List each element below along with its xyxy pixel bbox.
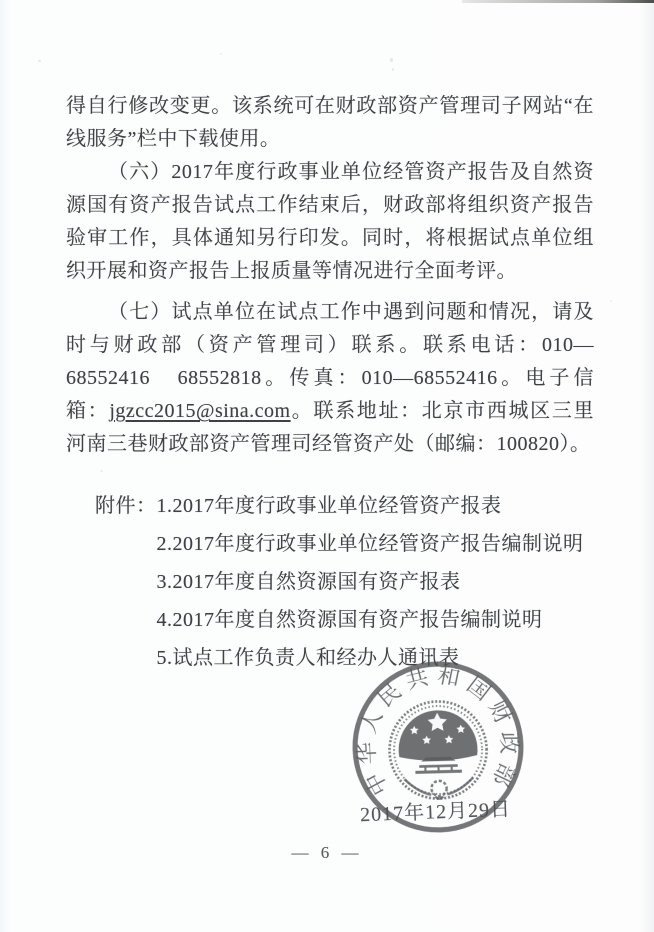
attachments-items: 1.2017年度行政事业单位经管资产报表 2.2017年度行政事业单位经管资产报… bbox=[157, 487, 584, 677]
scan-speck bbox=[38, 60, 41, 62]
paragraph-item-six: （六）2017年度行政事业单位经管资产报告及自然资源国有资产报告试点工作结束后，… bbox=[66, 156, 594, 288]
contact-email: jgzcc2015@sina.com bbox=[109, 400, 290, 422]
attachment-item: 1.2017年度行政事业单位经管资产报表 bbox=[157, 487, 584, 525]
attachments-label: 附件： bbox=[95, 487, 157, 525]
paragraph-continuation: 得自行修改变更。该系统可在财政部资产管理司子网站“在线服务”栏中下载使用。 bbox=[66, 90, 594, 156]
scan-speck bbox=[220, 53, 222, 55]
page-number: — 6 — bbox=[0, 843, 654, 863]
attachments-list: 附件： 1.2017年度行政事业单位经管资产报表 2.2017年度行政事业单位经… bbox=[95, 487, 594, 677]
scanned-document-page: 得自行修改变更。该系统可在财政部资产管理司子网站“在线服务”栏中下载使用。 （六… bbox=[0, 0, 654, 932]
document-body: 得自行修改变更。该系统可在财政部资产管理司子网站“在线服务”栏中下载使用。 （六… bbox=[66, 90, 594, 677]
attachment-item: 3.2017年度自然资源国有资产报表 bbox=[157, 563, 584, 601]
scan-speck bbox=[610, 300, 612, 302]
paragraph-item-seven-contact: （七）试点单位在试点工作中遇到问题和情况，请及时与财政部（资产管理司）联系。联系… bbox=[66, 296, 594, 461]
scan-speck bbox=[392, 68, 394, 71]
scan-speck bbox=[390, 58, 393, 62]
emblem-gear-ribbon bbox=[404, 777, 473, 799]
national-emblem-icon bbox=[388, 700, 488, 800]
scan-edge-artifact bbox=[462, 0, 654, 3]
attachment-item: 4.2017年度自然资源国有资产报告编制说明 bbox=[157, 601, 584, 639]
attachment-item: 2.2017年度行政事业单位经管资产报告编制说明 bbox=[157, 525, 584, 563]
official-seal: 中华人民共和国财政部 bbox=[348, 657, 529, 838]
